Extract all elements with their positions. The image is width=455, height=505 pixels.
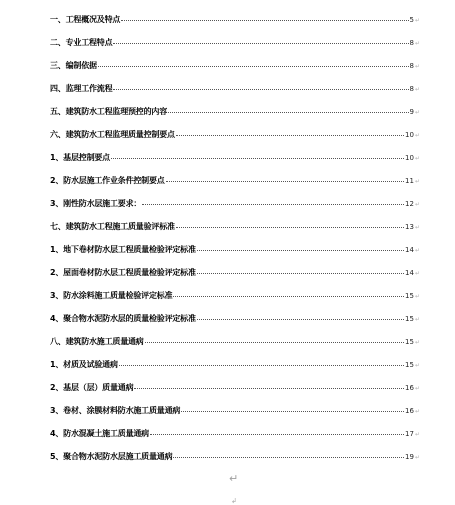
- toc-page-number: 5: [410, 12, 414, 28]
- toc-entry[interactable]: 4、聚合物水泥防水层的质量检验评定标准15↵: [50, 310, 420, 333]
- dot-leader: [181, 401, 404, 412]
- toc-entry-label: 三、编制依据: [50, 58, 97, 74]
- toc-entry[interactable]: 七、建筑防水工程施工质量验评标准13↵: [50, 218, 420, 241]
- toc-entry-label: 四、监理工作流程: [50, 81, 112, 97]
- toc-entry[interactable]: 2、防水层施工作业条件控制要点11↵: [50, 172, 420, 195]
- toc-entry-label: 一、工程概况及特点: [50, 12, 120, 28]
- toc-entry-label: 4、防水混凝土施工质量通病: [50, 426, 149, 442]
- dot-leader: [166, 171, 404, 182]
- dot-leader: [113, 33, 408, 44]
- toc-page-number: 11: [405, 173, 414, 189]
- toc-entry-label: 3、刚性防水层施工要求：: [50, 196, 141, 212]
- paragraph-mark-icon: ↵: [415, 289, 420, 305]
- toc-entry[interactable]: 六、建筑防水工程监理质量控制要点10↵: [50, 126, 420, 149]
- toc-entry[interactable]: 2、屋面卷材防水层工程质量检验评定标准14↵: [50, 264, 420, 287]
- dot-leader: [173, 447, 404, 458]
- dot-leader: [176, 217, 404, 228]
- toc-page-number: 16: [405, 403, 414, 419]
- toc-entry-label: 八、建筑防水施工质量通病: [50, 334, 144, 350]
- dot-leader: [134, 378, 404, 389]
- paragraph-mark-icon: ↵: [415, 174, 420, 190]
- toc-entry[interactable]: 4、防水混凝土施工质量通病17↵: [50, 425, 420, 448]
- paragraph-mark-icon: ↵: [415, 220, 420, 236]
- dot-leader: [145, 332, 404, 343]
- paragraph-mark-icon: ↵: [415, 404, 420, 420]
- toc-page-number: 8: [410, 58, 414, 74]
- paragraph-mark-icon: ↵: [415, 13, 420, 29]
- toc-page-number: 8: [410, 81, 414, 97]
- toc-entry[interactable]: 3、卷材、涂膜材料防水施工质量通病16↵: [50, 402, 420, 425]
- toc-entry[interactable]: 1、基层控制要点10↵: [50, 149, 420, 172]
- paragraph-mark-icon: ↵: [229, 472, 238, 485]
- dot-leader: [176, 125, 404, 136]
- toc-page-number: 14: [405, 265, 414, 281]
- dot-leader: [98, 56, 409, 67]
- toc-page-number: 19: [405, 449, 414, 465]
- toc-entry[interactable]: 2、基层（层）质量通病16↵: [50, 379, 420, 402]
- toc-entry-label: 4、聚合物水泥防水层的质量检验评定标准: [50, 311, 196, 327]
- toc-entry-label: 2、基层（层）质量通病: [50, 380, 133, 396]
- toc-entry[interactable]: 一、工程概况及特点5↵: [50, 11, 420, 34]
- toc-page-number: 15: [405, 334, 414, 350]
- toc-entry-label: 2、屋面卷材防水层工程质量检验评定标准: [50, 265, 196, 281]
- paragraph-mark-icon: ↵: [415, 59, 420, 75]
- toc-entry-label: 六、建筑防水工程监理质量控制要点: [50, 127, 175, 143]
- toc-entry[interactable]: 3、防水涂料施工质量检验评定标准15↵: [50, 287, 420, 310]
- toc-entry-label: 二、专业工程特点: [50, 35, 112, 51]
- toc-page-number: 15: [405, 288, 414, 304]
- toc-entry-label: 3、卷材、涂膜材料防水施工质量通病: [50, 403, 180, 419]
- dot-leader: [119, 355, 404, 366]
- paragraph-mark-icon: ↵: [415, 381, 420, 397]
- toc-entry[interactable]: 二、专业工程特点8↵: [50, 34, 420, 57]
- paragraph-mark-icon: ↵: [415, 243, 420, 259]
- paragraph-mark-icon: ↵: [415, 266, 420, 282]
- paragraph-mark-icon: ↵: [415, 82, 420, 98]
- dot-leader: [197, 240, 404, 251]
- paragraph-mark-icon: ↵: [415, 335, 420, 351]
- toc-entry[interactable]: 1、地下卷材防水层工程质量检验评定标准14↵: [50, 241, 420, 264]
- toc-page-number: 15: [405, 311, 414, 327]
- toc-entry[interactable]: 五、建筑防水工程监理预控的内容9↵: [50, 103, 420, 126]
- toc-entry[interactable]: 1、材质及试验通病15↵: [50, 356, 420, 379]
- paragraph-mark-icon: ↵: [415, 151, 420, 167]
- toc-entry-label: 3、防水涂料施工质量检验评定标准: [50, 288, 172, 304]
- dot-leader: [173, 286, 404, 297]
- dot-leader: [150, 424, 404, 435]
- toc-page-number: 16: [405, 380, 414, 396]
- toc-entry[interactable]: 四、监理工作流程8↵: [50, 80, 420, 103]
- toc-entry-label: 1、材质及试验通病: [50, 357, 118, 373]
- toc-entry[interactable]: 5、聚合物水泥防水层施工质量通病19↵: [50, 448, 420, 471]
- toc-entry[interactable]: 3、刚性防水层施工要求：12↵: [50, 195, 420, 218]
- toc-entry-label: 2、防水层施工作业条件控制要点: [50, 173, 165, 189]
- toc-entry-label: 五、建筑防水工程监理预控的内容: [50, 104, 167, 120]
- toc-entry-label: 1、基层控制要点: [50, 150, 110, 166]
- toc-page-number: 17: [405, 426, 414, 442]
- toc-page-number: 9: [410, 104, 414, 120]
- section-break-mark-icon: ↲: [231, 497, 237, 505]
- paragraph-mark-icon: ↵: [415, 358, 420, 374]
- dot-leader: [142, 194, 404, 205]
- toc-page-number: 10: [405, 150, 414, 166]
- paragraph-mark-icon: ↵: [415, 128, 420, 144]
- dot-leader: [121, 10, 408, 21]
- paragraph-mark-icon: ↵: [415, 312, 420, 328]
- dot-leader: [111, 148, 404, 159]
- dot-leader: [113, 79, 408, 90]
- toc-entry-label: 1、地下卷材防水层工程质量检验评定标准: [50, 242, 196, 258]
- paragraph-mark-icon: ↵: [415, 36, 420, 52]
- paragraph-mark-icon: ↵: [415, 197, 420, 213]
- paragraph-mark-icon: ↵: [415, 105, 420, 121]
- toc-page-number: 10: [405, 127, 414, 143]
- toc-entry[interactable]: 八、建筑防水施工质量通病15↵: [50, 333, 420, 356]
- toc-entry[interactable]: 三、编制依据8↵: [50, 57, 420, 80]
- toc-entry-label: 5、聚合物水泥防水层施工质量通病: [50, 449, 172, 465]
- table-of-contents: 一、工程概况及特点5↵ 二、专业工程特点8↵ 三、编制依据8↵ 四、监理工作流程…: [50, 11, 420, 471]
- dot-leader: [197, 309, 404, 320]
- paragraph-mark-icon: ↵: [415, 427, 420, 443]
- toc-page-number: 8: [410, 35, 414, 51]
- dot-leader: [197, 263, 404, 274]
- toc-page-number: 14: [405, 242, 414, 258]
- dot-leader: [168, 102, 409, 113]
- toc-page-number: 12: [405, 196, 414, 212]
- paragraph-mark-icon: ↵: [415, 450, 420, 466]
- toc-page-number: 13: [405, 219, 414, 235]
- toc-page-number: 15: [405, 357, 414, 373]
- toc-entry-label: 七、建筑防水工程施工质量验评标准: [50, 219, 175, 235]
